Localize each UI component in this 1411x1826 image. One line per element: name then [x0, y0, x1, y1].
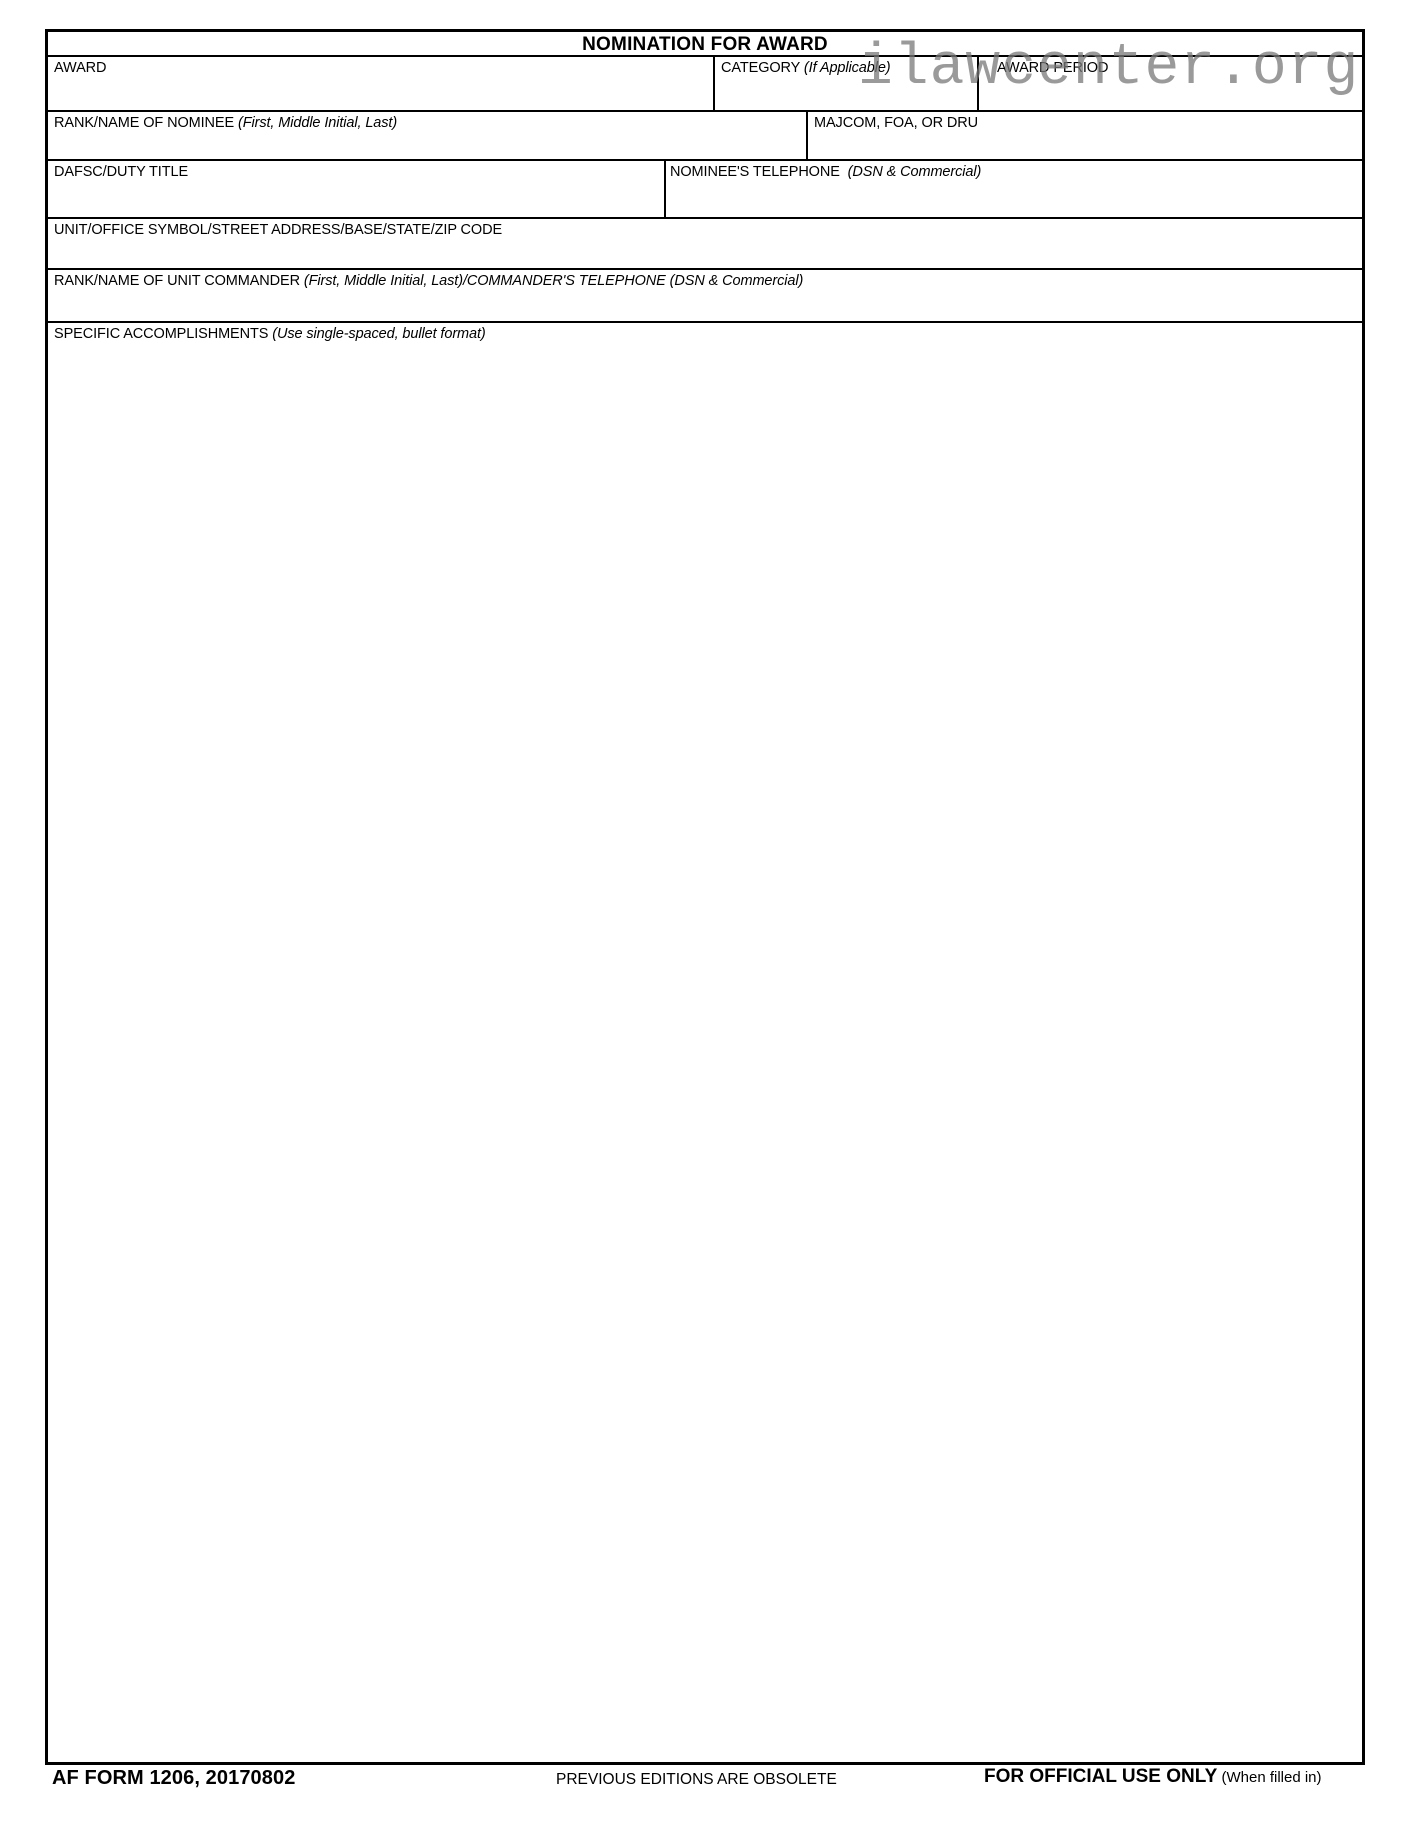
nominee-row: RANK/NAME OF NOMINEE (First, Middle Init…: [48, 112, 1362, 161]
nominee-telephone-cell: NOMINEE'S TELEPHONE (DSN & Commercial): [664, 161, 1362, 217]
award-label: AWARD: [54, 60, 106, 76]
nominee-name-input[interactable]: [52, 134, 802, 155]
unit-address-label: UNIT/OFFICE SYMBOL/STREET ADDRESS/BASE/S…: [54, 222, 502, 238]
dafsc-label: DAFSC/DUTY TITLE: [54, 164, 188, 180]
majcom-cell: MAJCOM, FOA, OR DRU: [806, 112, 1362, 159]
nominee-name-cell: RANK/NAME OF NOMINEE (First, Middle Init…: [48, 112, 806, 159]
accomplishments-label: SPECIFIC ACCOMPLISHMENTS (Use single-spa…: [54, 326, 486, 342]
dafsc-input[interactable]: [52, 183, 660, 213]
accomplishments-cell: SPECIFIC ACCOMPLISHMENTS (Use single-spa…: [48, 323, 1362, 1762]
dafsc-cell: DAFSC/DUTY TITLE: [48, 161, 664, 217]
award-cell: AWARD: [48, 57, 713, 110]
classification-note: (When filled in): [1217, 1769, 1321, 1786]
accomplishments-textarea[interactable]: [52, 345, 1358, 1758]
award-period-input[interactable]: [983, 79, 1358, 106]
form-id: AF FORM 1206, 20170802: [52, 1767, 295, 1790]
award-row: AWARD CATEGORY (If Applicable) AWARD PER…: [48, 57, 1362, 112]
nomination-form: NOMINATION FOR AWARD AWARD CATEGORY (If …: [45, 29, 1365, 1765]
duty-row: DAFSC/DUTY TITLE NOMINEE'S TELEPHONE (DS…: [48, 161, 1362, 219]
award-input[interactable]: [52, 79, 709, 106]
form-title-row: NOMINATION FOR AWARD: [48, 32, 1362, 57]
classification-marking: FOR OFFICIAL USE ONLY (When filled in): [984, 1766, 1322, 1788]
commander-label: RANK/NAME OF UNIT COMMANDER (First, Midd…: [54, 273, 803, 289]
form-title: NOMINATION FOR AWARD: [48, 34, 1362, 56]
award-period-cell: AWARD PERIOD: [977, 57, 1362, 110]
unit-address-input[interactable]: [52, 241, 1358, 264]
accomplishments-row: SPECIFIC ACCOMPLISHMENTS (Use single-spa…: [48, 323, 1362, 1762]
nominee-telephone-input[interactable]: [670, 183, 1358, 213]
award-period-label: AWARD PERIOD: [997, 60, 1108, 76]
commander-cell: RANK/NAME OF UNIT COMMANDER (First, Midd…: [48, 270, 1362, 321]
unit-address-cell: UNIT/OFFICE SYMBOL/STREET ADDRESS/BASE/S…: [48, 219, 1362, 268]
majcom-label: MAJCOM, FOA, OR DRU: [814, 115, 978, 131]
editions-note: PREVIOUS EDITIONS ARE OBSOLETE: [556, 1771, 837, 1789]
commander-input[interactable]: [52, 292, 1358, 317]
classification-label: FOR OFFICIAL USE ONLY: [984, 1766, 1217, 1787]
nominee-name-label: RANK/NAME OF NOMINEE (First, Middle Init…: [54, 115, 397, 131]
category-cell: CATEGORY (If Applicable): [713, 57, 977, 110]
category-label: CATEGORY (If Applicable): [721, 60, 891, 76]
nominee-telephone-label: NOMINEE'S TELEPHONE (DSN & Commercial): [670, 164, 981, 180]
unit-address-row: UNIT/OFFICE SYMBOL/STREET ADDRESS/BASE/S…: [48, 219, 1362, 270]
category-input[interactable]: [719, 79, 973, 106]
majcom-input[interactable]: [812, 134, 1358, 155]
commander-row: RANK/NAME OF UNIT COMMANDER (First, Midd…: [48, 270, 1362, 323]
